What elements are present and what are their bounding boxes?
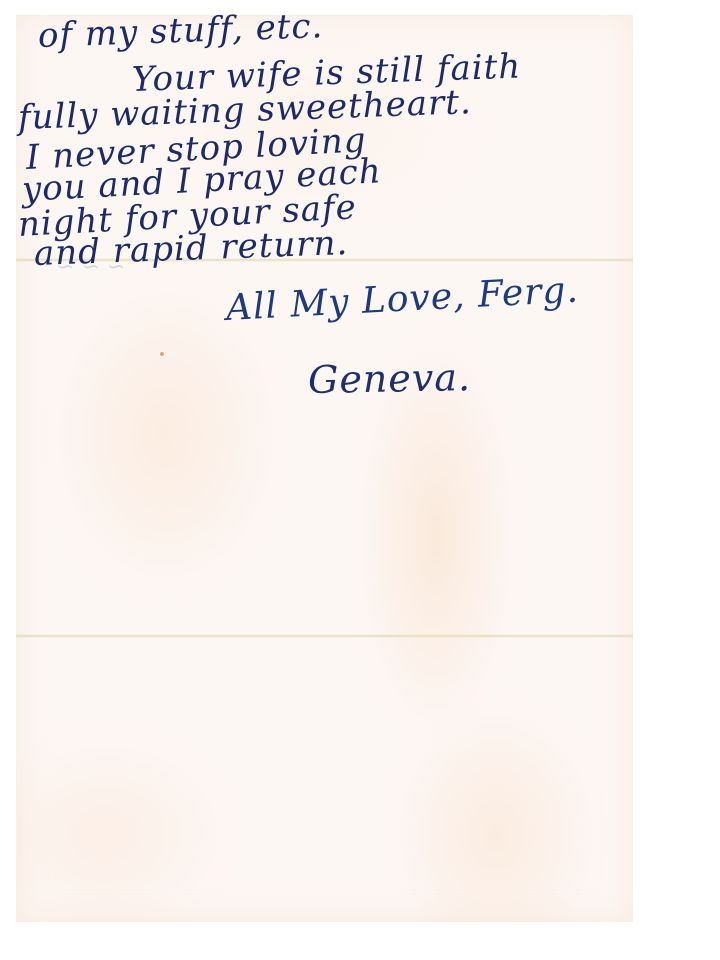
letter-closing: All My Love, Ferg. (225, 270, 580, 329)
letter-content: of my stuff, etc. Your wife is still fai… (0, 0, 720, 960)
ink-spot (160, 352, 164, 356)
letter-signature: Geneva. (308, 355, 472, 402)
body-line-1: of my stuff, etc. (37, 6, 324, 56)
